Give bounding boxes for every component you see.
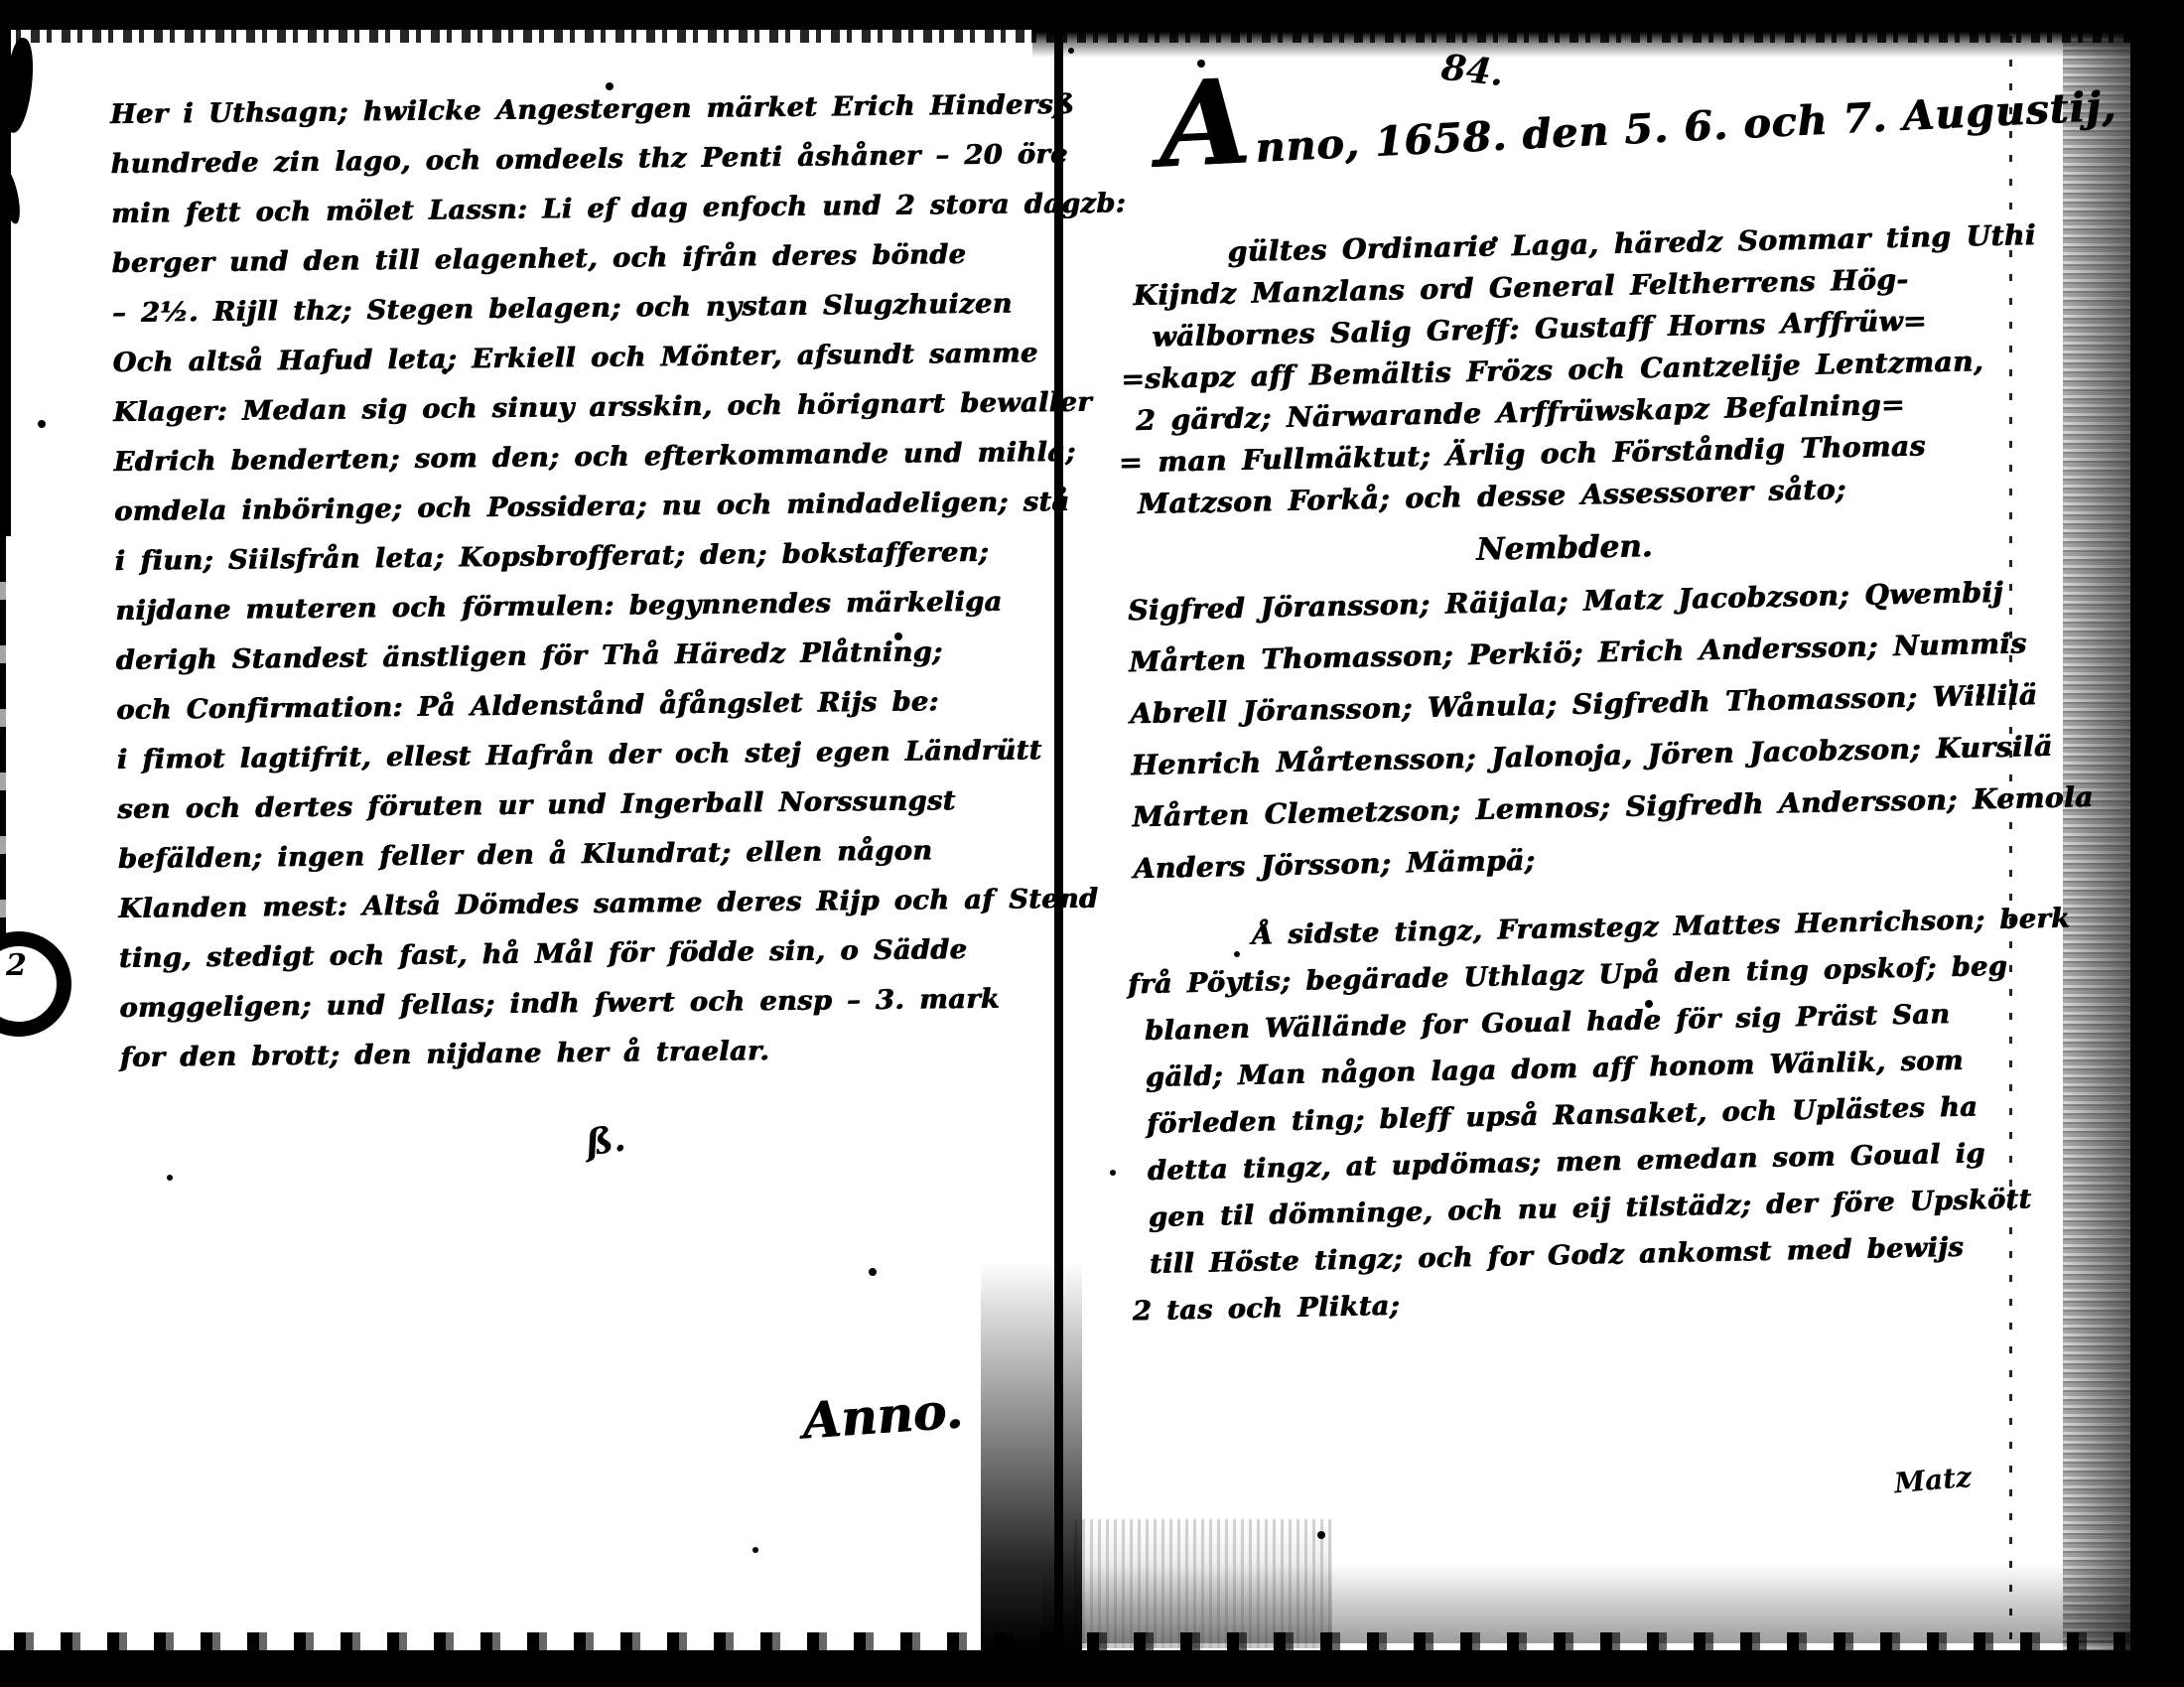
handwritten-line: omggeligen; und fellas; indh fwert och e…: [119, 974, 1064, 1034]
heading-date-text: nno, 1658. den 5. 6. och 7. Augustij, th…: [1254, 77, 2184, 172]
jury-section-heading: Nembden.: [1476, 521, 2016, 568]
gutter-shadow: [981, 1261, 1082, 1650]
right-page-text-block: A nno, 1658. den 5. 6. och 7. Augustij, …: [1107, 49, 2032, 1336]
margin-mark: 2: [6, 948, 27, 983]
right-edge-grain: [2063, 0, 2138, 1687]
manuscript-scan: 2 Her i Uthsagn; hwilcke Angestergen mär…: [0, 0, 2184, 1687]
catchword-next-page: Matz: [1893, 1461, 1974, 1500]
heading-initial-capital: A: [1156, 67, 1252, 180]
margin-seal: [0, 931, 71, 1037]
right-edge: [2130, 0, 2184, 1687]
left-page-text-block: Her i Uthsagn; hwilcke Angestergen märke…: [110, 80, 1065, 1083]
case-paragraph: Å sidste tingz, Framstegz Mattes Henrich…: [1125, 896, 2032, 1335]
catchword-anno: Anno.: [800, 1380, 964, 1450]
left-edge-lower: [0, 536, 6, 963]
bottom-edge: [0, 1650, 2184, 1687]
court-intro-paragraph: gültes Ordinarie Laga, häredz Sommar tin…: [1110, 215, 2014, 526]
jury-name-list: Sigfred Jöransson; Räijala; Matz Jacobzs…: [1118, 567, 2022, 896]
top-edge-fringe: [0, 28, 2184, 43]
line-flourish: ß.: [583, 1117, 627, 1164]
entry-heading: A nno, 1658. den 5. 6. och 7. Augustij, …: [1105, 36, 2010, 246]
handwritten-line: for den brott; den nijdane her å traelar…: [120, 1024, 1065, 1083]
gutter-grain: [1074, 1519, 1332, 1648]
